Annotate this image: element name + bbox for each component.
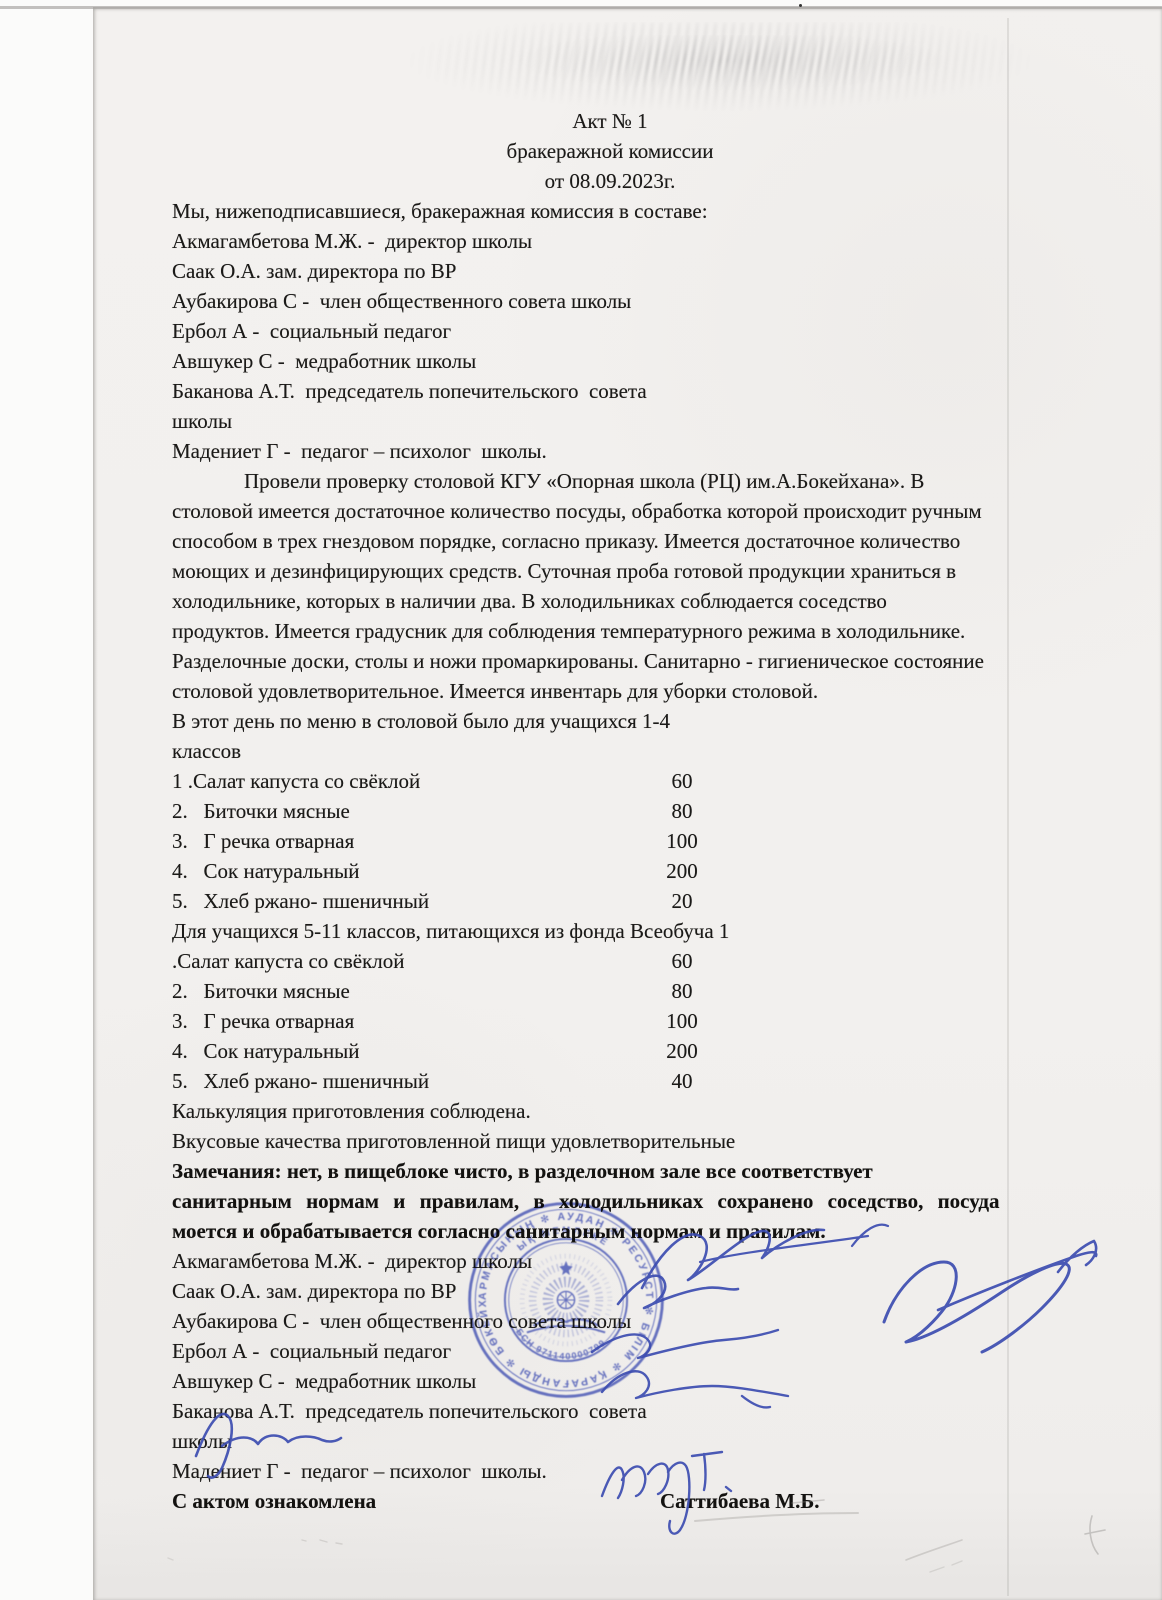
doc-line-5: Акмагамбетова М.Ж. - директор школы — [172, 226, 1048, 256]
paper-top-edge — [0, 6, 1162, 9]
doc-line-27: 5. Хлеб ржано- пшеничный20 — [172, 886, 1048, 916]
menu-item-label: 3. Г речка отварная — [172, 829, 354, 853]
doc-line-33: 5. Хлеб ржано- пшеничный40 — [172, 1066, 1048, 1096]
doc-line-35: Вкусовые качества приготовленной пищи уд… — [172, 1126, 1048, 1156]
doc-line-24: 2. Биточки мясные80 — [172, 796, 1048, 826]
menu-item-portion: 100 — [642, 1006, 722, 1036]
menu-item-portion: 200 — [642, 856, 722, 886]
menu-item-label: 5. Хлеб ржано- пшеничный — [172, 889, 429, 913]
doc-line-36: Замечания: нет, в пищеблоке чисто, в раз… — [172, 1156, 1048, 1186]
doc-line-13: Провели проверку столовой КГУ «Опорная ш… — [172, 466, 1048, 496]
menu-item-portion: 80 — [642, 976, 722, 1006]
official-stamp-seal: АРМАСЫНЫҢ ✻ АУДАН ✻ РЕСУРСТ ✻ БІЛІМ ✻ ҚА… — [461, 1195, 671, 1405]
menu-item-label: 5. Хлеб ржано- пшеничный — [172, 1069, 429, 1093]
doc-line-4: Мы, нижеподписавшиеся, бракеражная комис… — [172, 196, 1048, 226]
menu-item-label: 2. Биточки мясные — [172, 799, 350, 823]
menu-item-portion: 80 — [642, 796, 722, 826]
doc-line-18: продуктов. Имеется градусник для соблюде… — [172, 616, 1048, 646]
doc-line-19: Разделочные доски, столы и ножи промарки… — [172, 646, 1048, 676]
doc-line-25: 3. Г речка отварная100 — [172, 826, 1048, 856]
menu-item-label: .Салат капуста со свёклой — [172, 949, 405, 973]
doc-line-34: Калькуляция приготовления соблюдена. — [172, 1096, 1048, 1126]
menu-item-label: 3. Г речка отварная — [172, 1009, 354, 1033]
doc-line-15: способом в трех гнездовом порядке, согла… — [172, 526, 1048, 556]
doc-line-12: Мадениет Г - педагог – психолог школы. — [172, 436, 1048, 466]
menu-item-label: 4. Сок натуральный — [172, 1039, 360, 1063]
doc-line-32: 4. Сок натуральный200 — [172, 1036, 1048, 1066]
doc-line-21: В этот день по меню в столовой было для … — [172, 706, 1048, 736]
doc-line-9: Авшукер С - медработник школы — [172, 346, 1048, 376]
menu-item-portion: 200 — [642, 1036, 722, 1066]
menu-item-portion: 60 — [642, 946, 722, 976]
doc-line-14: столовой имеется достаточное количество … — [172, 496, 1048, 526]
scan-speck — [799, 4, 802, 7]
menu-item-portion: 100 — [642, 826, 722, 856]
doc-line-45: школы — [172, 1426, 1048, 1456]
doc-line-47: С актом ознакомленаСаттибаева М.Б. — [172, 1486, 1048, 1516]
doc-line-20: столовой удовлетворительное. Имеется инв… — [172, 676, 1048, 706]
doc-line-28: Для учащихся 5-11 классов, питающихся из… — [172, 916, 1048, 946]
doc-line-11: школы — [172, 406, 1048, 436]
doc-line-6: Саак О.А. зам. директора по ВР — [172, 256, 1048, 286]
menu-item-portion: 20 — [642, 886, 722, 916]
doc-line-22: классов — [172, 736, 1048, 766]
menu-item-label: 4. Сок натуральный — [172, 859, 360, 883]
doc-line-23: 1 .Салат капуста со свёклой60 — [172, 766, 1048, 796]
doc-line-17: холодильнике, которых в наличии два. В х… — [172, 586, 1048, 616]
stamp-emblem — [522, 1256, 610, 1344]
menu-item-label: 1 .Салат капуста со свёклой — [172, 769, 420, 793]
acknowledgement-label: С актом ознакомлена — [172, 1489, 376, 1513]
doc-line-7: Аубакирова С - член общественного совета… — [172, 286, 1048, 316]
doc-line-29: .Салат капуста со свёклой60 — [172, 946, 1048, 976]
doc-line-31: 3. Г речка отварная100 — [172, 1006, 1048, 1036]
scanned-page: Акт № 1бракеражной комиссииот 08.09.2023… — [0, 0, 1162, 1600]
doc-line-10: Баканова А.Т. председатель попечительско… — [172, 376, 1048, 406]
menu-item-portion: 60 — [642, 766, 722, 796]
menu-item-label: 2. Биточки мясные — [172, 979, 350, 1003]
acknowledged-by-name: Саттибаева М.Б. — [660, 1486, 819, 1516]
doc-line-46: Мадениет Г - педагог – психолог школы. — [172, 1456, 1048, 1486]
doc-line-2: бракеражной комиссии — [172, 136, 1048, 166]
doc-line-26: 4. Сок натуральный200 — [172, 856, 1048, 886]
menu-item-portion: 40 — [642, 1066, 722, 1096]
doc-line-1: Акт № 1 — [172, 106, 1048, 136]
doc-line-8: Ербол А - социальный педагог — [172, 316, 1048, 346]
doc-line-30: 2. Биточки мясные80 — [172, 976, 1048, 1006]
doc-line-3: от 08.09.2023г. — [172, 166, 1048, 196]
doc-line-16: моющих и дезинфицирующих средств. Суточн… — [172, 556, 1048, 586]
